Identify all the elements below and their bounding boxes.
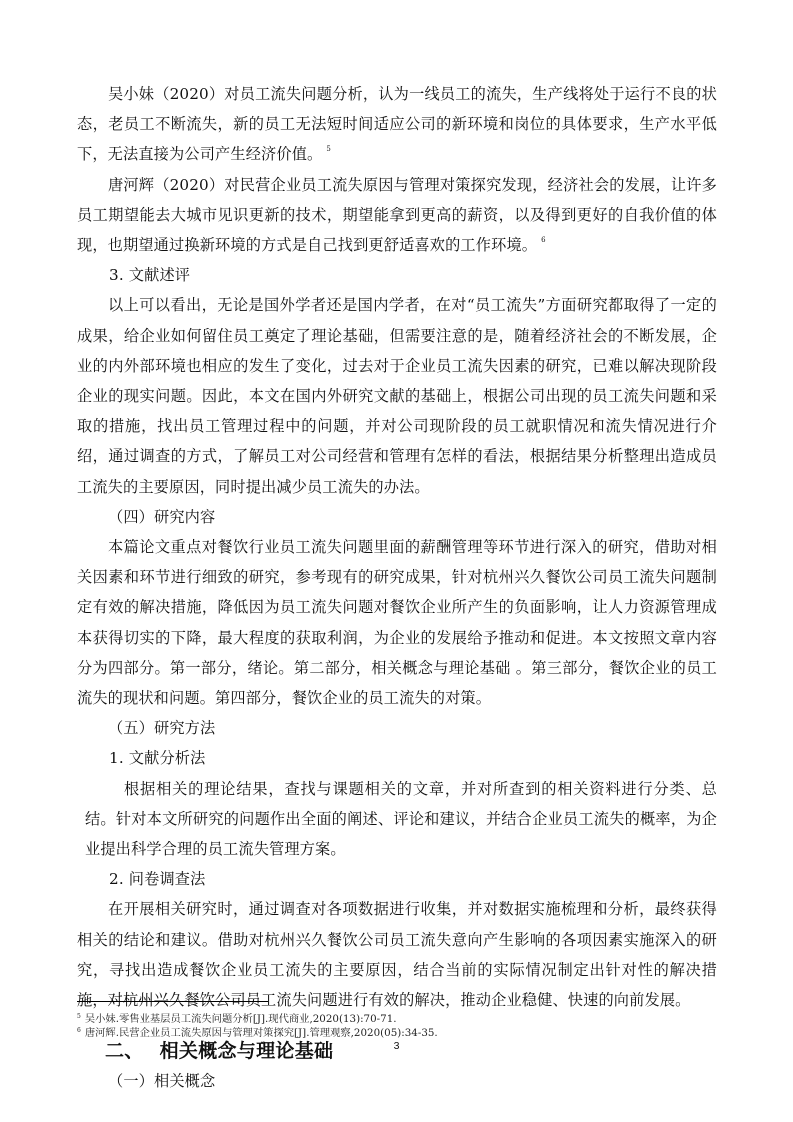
footnote-text: 唐河辉.民营企业员工流失原因与管理对策探究[J].管理观察,2020(05):3…	[85, 1027, 438, 1039]
heading-research-content: （四）研究内容	[77, 502, 717, 532]
paragraph-text: 唐河辉（2020）对民营企业员工流失原因与管理对策探究发现，经济社会的发展，让许…	[77, 176, 717, 254]
footnotes: 5吴小妹.零售业基层员工流失问题分析[J].现代商业,2020(13):70-7…	[77, 1012, 717, 1040]
page-number: 3	[0, 1040, 793, 1052]
paragraph-research-content: 本篇论文重点对餐饮行业员工流失问题里面的薪酬管理等环节进行深入的研究，借助对相关…	[77, 532, 717, 713]
footnote-separator	[77, 1001, 268, 1002]
paragraph-literature-analysis: 根据相关的理论结果，查找与课题相关的文章，并对所查到的相关资料进行分类、总结。针…	[77, 774, 717, 865]
footnote-ref[interactable]: 5	[326, 145, 331, 153]
document-page: 吴小妹（2020）对员工流失问题分析，认为一线员工的流失，生产线将处于运行不良的…	[0, 0, 793, 1122]
footnote-5: 5吴小妹.零售业基层员工流失问题分析[J].现代商业,2020(13):70-7…	[77, 1012, 717, 1026]
heading-research-methods: （五）研究方法	[77, 713, 717, 743]
footnote-mark: 6	[77, 1027, 81, 1034]
heading-related-concepts: （一）相关概念	[77, 1066, 717, 1096]
paragraph-questionnaire: 在开展相关研究时，通过调查对各项数据进行收集，并对数据实施梳理和分析，最终获得相…	[77, 894, 717, 1015]
footnote-mark: 5	[77, 1013, 81, 1020]
paragraph-tang-hehui: 唐河辉（2020）对民营企业员工流失原因与管理对策探究发现，经济社会的发展，让许…	[77, 170, 717, 261]
heading-literature-analysis: 1. 文献分析法	[77, 743, 717, 773]
footnote-6: 6唐河辉.民营企业员工流失原因与管理对策探究[J].管理观察,2020(05):…	[77, 1026, 717, 1040]
heading-questionnaire: 2. 问卷调查法	[77, 864, 717, 894]
paragraph-wu-xiaomei: 吴小妹（2020）对员工流失问题分析，认为一线员工的流失，生产线将处于运行不良的…	[77, 79, 717, 170]
paragraph-literature-review: 以上可以看出，无论是国外学者还是国内学者，在对“员工流失”方面研究都取得了一定的…	[77, 290, 717, 501]
footnote-text: 吴小妹.零售业基层员工流失问题分析[J].现代商业,2020(13):70-71…	[85, 1013, 397, 1025]
body-text: 吴小妹（2020）对员工流失问题分析，认为一线员工的流失，生产线将处于运行不良的…	[77, 79, 717, 1097]
footnote-ref[interactable]: 6	[541, 236, 546, 244]
paragraph-text: 吴小妹（2020）对员工流失问题分析，认为一线员工的流失，生产线将处于运行不良的…	[77, 85, 717, 163]
heading-literature-review: 3. 文献述评	[77, 260, 717, 290]
